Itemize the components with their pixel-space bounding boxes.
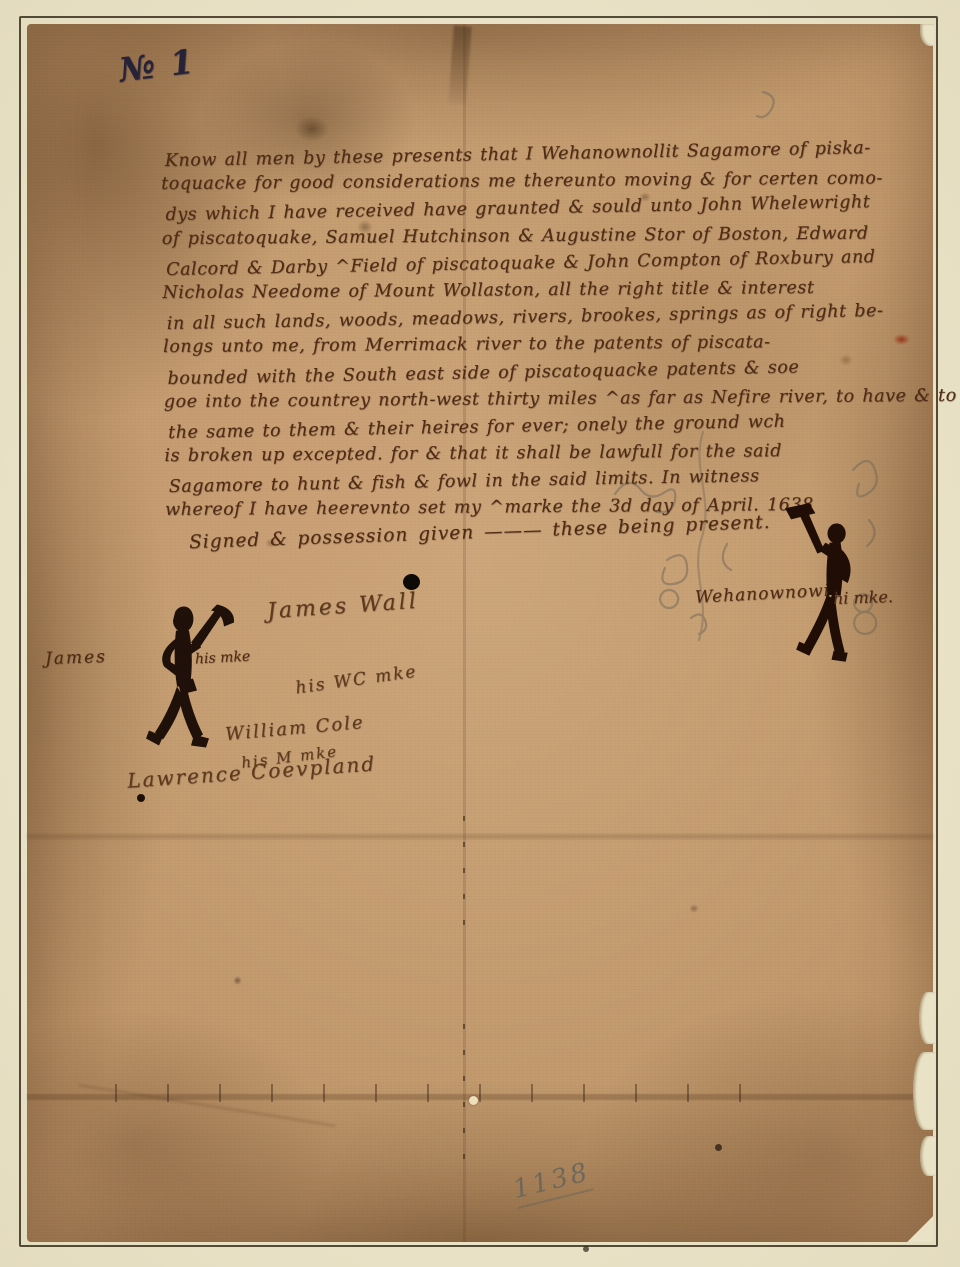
worm-hole: [403, 574, 420, 590]
deed-body-text: Know all men by these presents that I We…: [165, 139, 938, 529]
stain-spot: [583, 1246, 589, 1252]
torn-edge: [920, 24, 934, 46]
signature-william-cole: William Cole: [224, 712, 365, 745]
mark-wc-label: his WC mke: [294, 662, 418, 699]
clipped-corner: [903, 1214, 933, 1242]
stain-spot: [689, 904, 699, 913]
torn-edge: [919, 992, 935, 1044]
principal-name: Wehanownowit: [695, 580, 839, 607]
horizontal-fold-line-1: [27, 834, 933, 839]
paper-hole: [469, 1096, 478, 1105]
parchment-sheet: № 1 Know all men by these presents that …: [27, 24, 933, 1242]
stain-spot: [233, 976, 242, 985]
top-crease: [448, 25, 471, 104]
torn-edge: [913, 1052, 935, 1130]
stain-spot: [715, 1144, 722, 1151]
witness-name: James: [45, 647, 108, 669]
torn-edge: [920, 1136, 935, 1176]
signature-james-wall: James Wall: [266, 589, 419, 625]
witness-mark-label: his mke: [195, 649, 251, 668]
pencil-catalog-note: 1138: [510, 1157, 594, 1209]
ink-stain: [295, 116, 329, 142]
principal-mark-label: hi mke.: [833, 587, 894, 608]
ink-drop: [137, 794, 145, 802]
fold-tick-marks: [115, 1084, 775, 1102]
archive-number: № 1: [117, 41, 198, 89]
